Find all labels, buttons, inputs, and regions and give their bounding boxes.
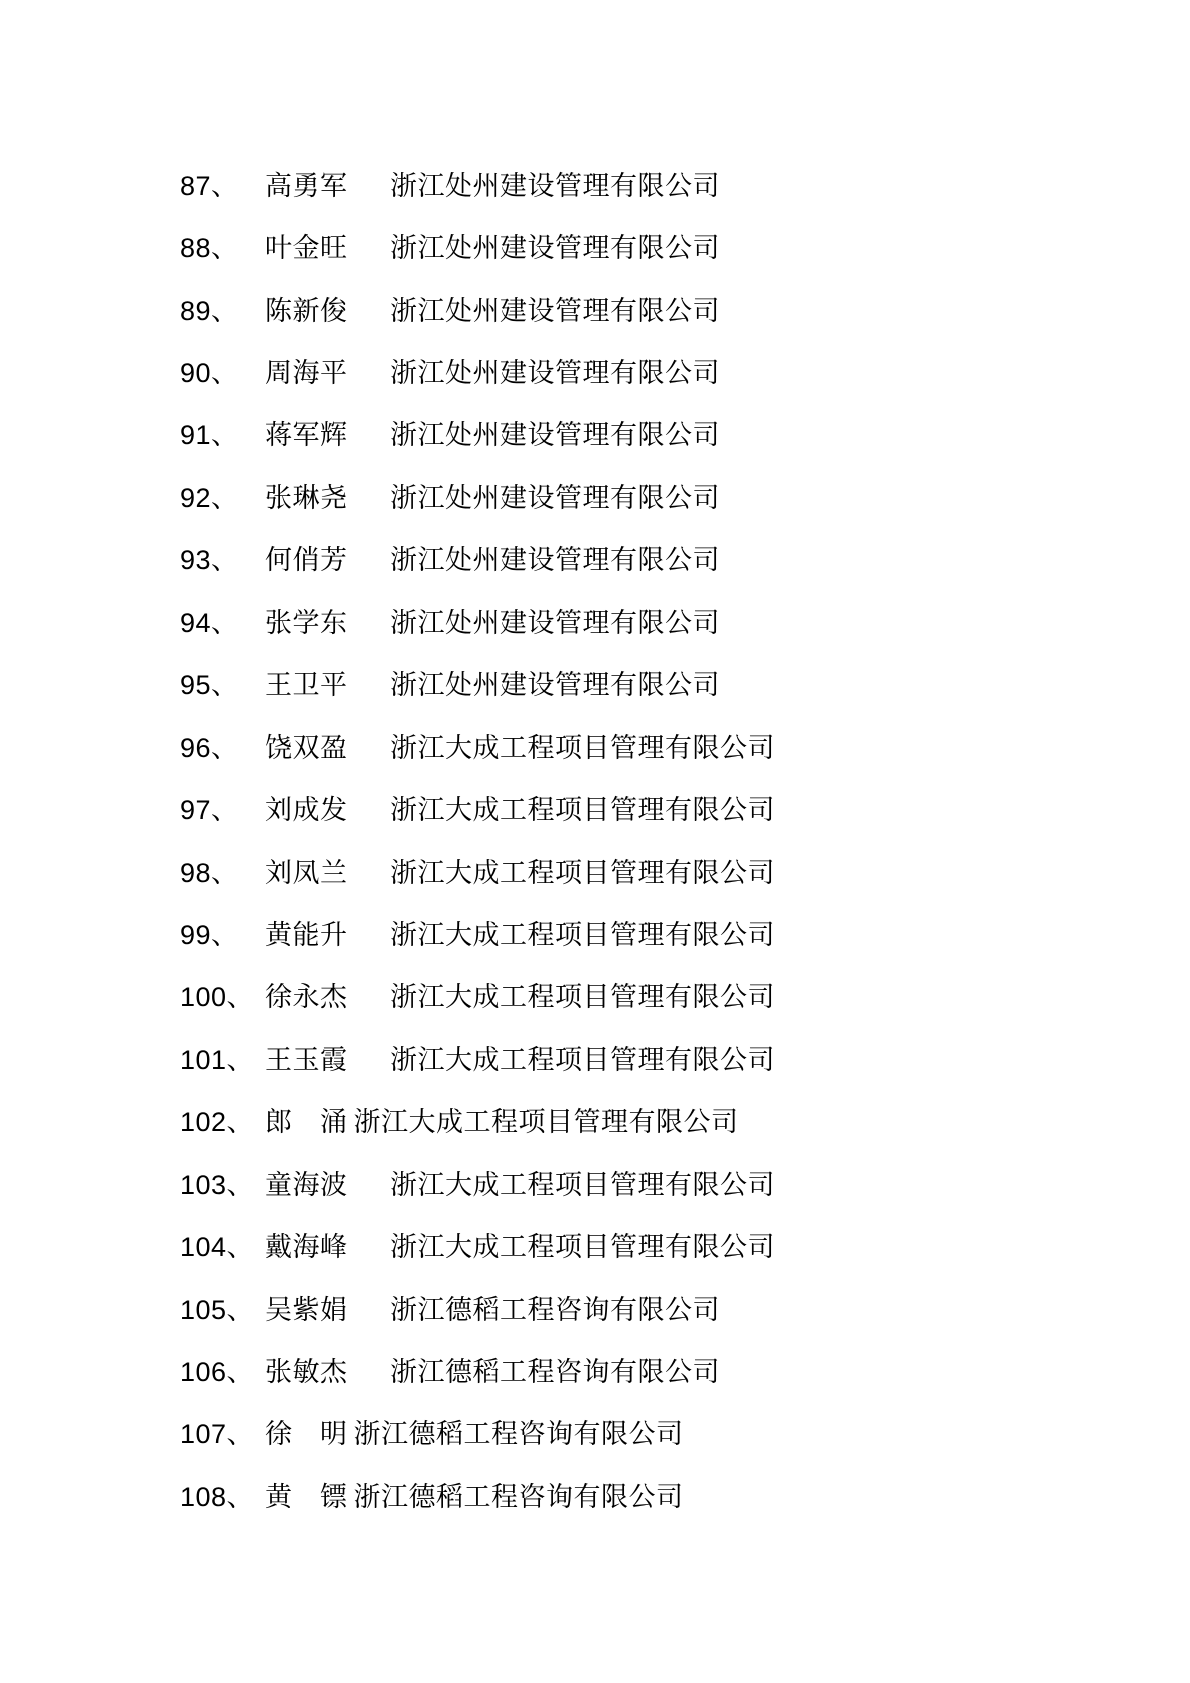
- company-name: 浙江德稻工程咨询有限公司: [390, 1297, 720, 1324]
- company-name: 浙江处州建设管理有限公司: [390, 298, 720, 325]
- list-item: 99、黄能升浙江大成工程项目管理有限公司: [180, 904, 1190, 966]
- person-name: 刘成发: [265, 797, 390, 824]
- item-number: 102、: [180, 1109, 265, 1136]
- item-number: 95、: [180, 672, 265, 699]
- item-number: 96、: [180, 735, 265, 762]
- company-name: 浙江大成工程项目管理有限公司: [390, 860, 775, 887]
- company-name: 浙江处州建设管理有限公司: [390, 547, 720, 574]
- item-number: 99、: [180, 922, 265, 949]
- company-name: 浙江德稻工程咨询有限公司: [354, 1421, 684, 1448]
- company-name: 浙江处州建设管理有限公司: [390, 610, 720, 637]
- list-item: 88、叶金旺浙江处州建设管理有限公司: [180, 217, 1190, 279]
- list-item: 103、童海波浙江大成工程项目管理有限公司: [180, 1154, 1190, 1216]
- person-name: 刘凤兰: [265, 860, 390, 887]
- list-item: 104、戴海峰浙江大成工程项目管理有限公司: [180, 1216, 1190, 1278]
- item-number: 100、: [180, 984, 265, 1011]
- item-number: 87、: [180, 173, 265, 200]
- list-item: 108、黄 镖浙江德稻工程咨询有限公司: [180, 1466, 1190, 1528]
- list-item: 92、张琳尧浙江处州建设管理有限公司: [180, 467, 1190, 529]
- person-name: 吴紫娟: [265, 1297, 390, 1324]
- person-name: 陈新俊: [265, 298, 390, 325]
- list-item: 105、吴紫娟浙江德稻工程咨询有限公司: [180, 1279, 1190, 1341]
- item-number: 88、: [180, 235, 265, 262]
- person-name: 叶金旺: [265, 235, 390, 262]
- list-item: 107、徐 明浙江德稻工程咨询有限公司: [180, 1404, 1190, 1466]
- company-name: 浙江大成工程项目管理有限公司: [390, 797, 775, 824]
- item-number: 89、: [180, 298, 265, 325]
- company-name: 浙江大成工程项目管理有限公司: [354, 1109, 739, 1136]
- company-name: 浙江处州建设管理有限公司: [390, 235, 720, 262]
- list-item: 100、徐永杰浙江大成工程项目管理有限公司: [180, 967, 1190, 1029]
- item-number: 106、: [180, 1359, 265, 1386]
- item-number: 98、: [180, 860, 265, 887]
- item-number: 90、: [180, 360, 265, 387]
- person-name: 郎 涌: [265, 1109, 348, 1136]
- person-name: 戴海峰: [265, 1234, 390, 1261]
- item-number: 101、: [180, 1047, 265, 1074]
- person-name: 张敏杰: [265, 1359, 390, 1386]
- item-number: 94、: [180, 610, 265, 637]
- list-item: 98、刘凤兰浙江大成工程项目管理有限公司: [180, 842, 1190, 904]
- item-number: 93、: [180, 547, 265, 574]
- item-number: 105、: [180, 1297, 265, 1324]
- list-item: 101、王玉霞浙江大成工程项目管理有限公司: [180, 1029, 1190, 1091]
- list-item: 90、周海平浙江处州建设管理有限公司: [180, 342, 1190, 404]
- person-name: 张琳尧: [265, 485, 390, 512]
- list-item: 94、张学东浙江处州建设管理有限公司: [180, 592, 1190, 654]
- person-name: 饶双盈: [265, 735, 390, 762]
- item-number: 97、: [180, 797, 265, 824]
- roster-list: 87、高勇军浙江处州建设管理有限公司88、叶金旺浙江处州建设管理有限公司89、陈…: [180, 155, 1190, 1529]
- company-name: 浙江大成工程项目管理有限公司: [390, 1234, 775, 1261]
- company-name: 浙江处州建设管理有限公司: [390, 485, 720, 512]
- item-number: 107、: [180, 1421, 265, 1448]
- company-name: 浙江大成工程项目管理有限公司: [390, 1047, 775, 1074]
- list-item: 97、刘成发浙江大成工程项目管理有限公司: [180, 779, 1190, 841]
- company-name: 浙江大成工程项目管理有限公司: [390, 1172, 775, 1199]
- company-name: 浙江处州建设管理有限公司: [390, 672, 720, 699]
- person-name: 徐永杰: [265, 984, 390, 1011]
- list-item: 106、张敏杰浙江德稻工程咨询有限公司: [180, 1341, 1190, 1403]
- company-name: 浙江处州建设管理有限公司: [390, 173, 720, 200]
- item-number: 92、: [180, 485, 265, 512]
- company-name: 浙江处州建设管理有限公司: [390, 422, 720, 449]
- person-name: 王玉霞: [265, 1047, 390, 1074]
- item-number: 103、: [180, 1172, 265, 1199]
- company-name: 浙江大成工程项目管理有限公司: [390, 922, 775, 949]
- person-name: 童海波: [265, 1172, 390, 1199]
- person-name: 黄能升: [265, 922, 390, 949]
- company-name: 浙江德稻工程咨询有限公司: [354, 1484, 684, 1511]
- person-name: 徐 明: [265, 1421, 348, 1448]
- list-item: 89、陈新俊浙江处州建设管理有限公司: [180, 280, 1190, 342]
- person-name: 蒋军辉: [265, 422, 390, 449]
- document-page: 87、高勇军浙江处州建设管理有限公司88、叶金旺浙江处州建设管理有限公司89、陈…: [0, 0, 1190, 1683]
- item-number: 104、: [180, 1234, 265, 1261]
- person-name: 王卫平: [265, 672, 390, 699]
- person-name: 周海平: [265, 360, 390, 387]
- item-number: 108、: [180, 1484, 265, 1511]
- list-item: 96、饶双盈浙江大成工程项目管理有限公司: [180, 717, 1190, 779]
- person-name: 何俏芳: [265, 547, 390, 574]
- list-item: 102、郎 涌浙江大成工程项目管理有限公司: [180, 1092, 1190, 1154]
- list-item: 95、王卫平浙江处州建设管理有限公司: [180, 655, 1190, 717]
- person-name: 张学东: [265, 610, 390, 637]
- list-item: 93、何俏芳浙江处州建设管理有限公司: [180, 530, 1190, 592]
- person-name: 黄 镖: [265, 1484, 348, 1511]
- list-item: 87、高勇军浙江处州建设管理有限公司: [180, 155, 1190, 217]
- list-item: 91、蒋军辉浙江处州建设管理有限公司: [180, 405, 1190, 467]
- item-number: 91、: [180, 422, 265, 449]
- person-name: 高勇军: [265, 173, 390, 200]
- company-name: 浙江大成工程项目管理有限公司: [390, 735, 775, 762]
- company-name: 浙江大成工程项目管理有限公司: [390, 984, 775, 1011]
- company-name: 浙江处州建设管理有限公司: [390, 360, 720, 387]
- company-name: 浙江德稻工程咨询有限公司: [390, 1359, 720, 1386]
